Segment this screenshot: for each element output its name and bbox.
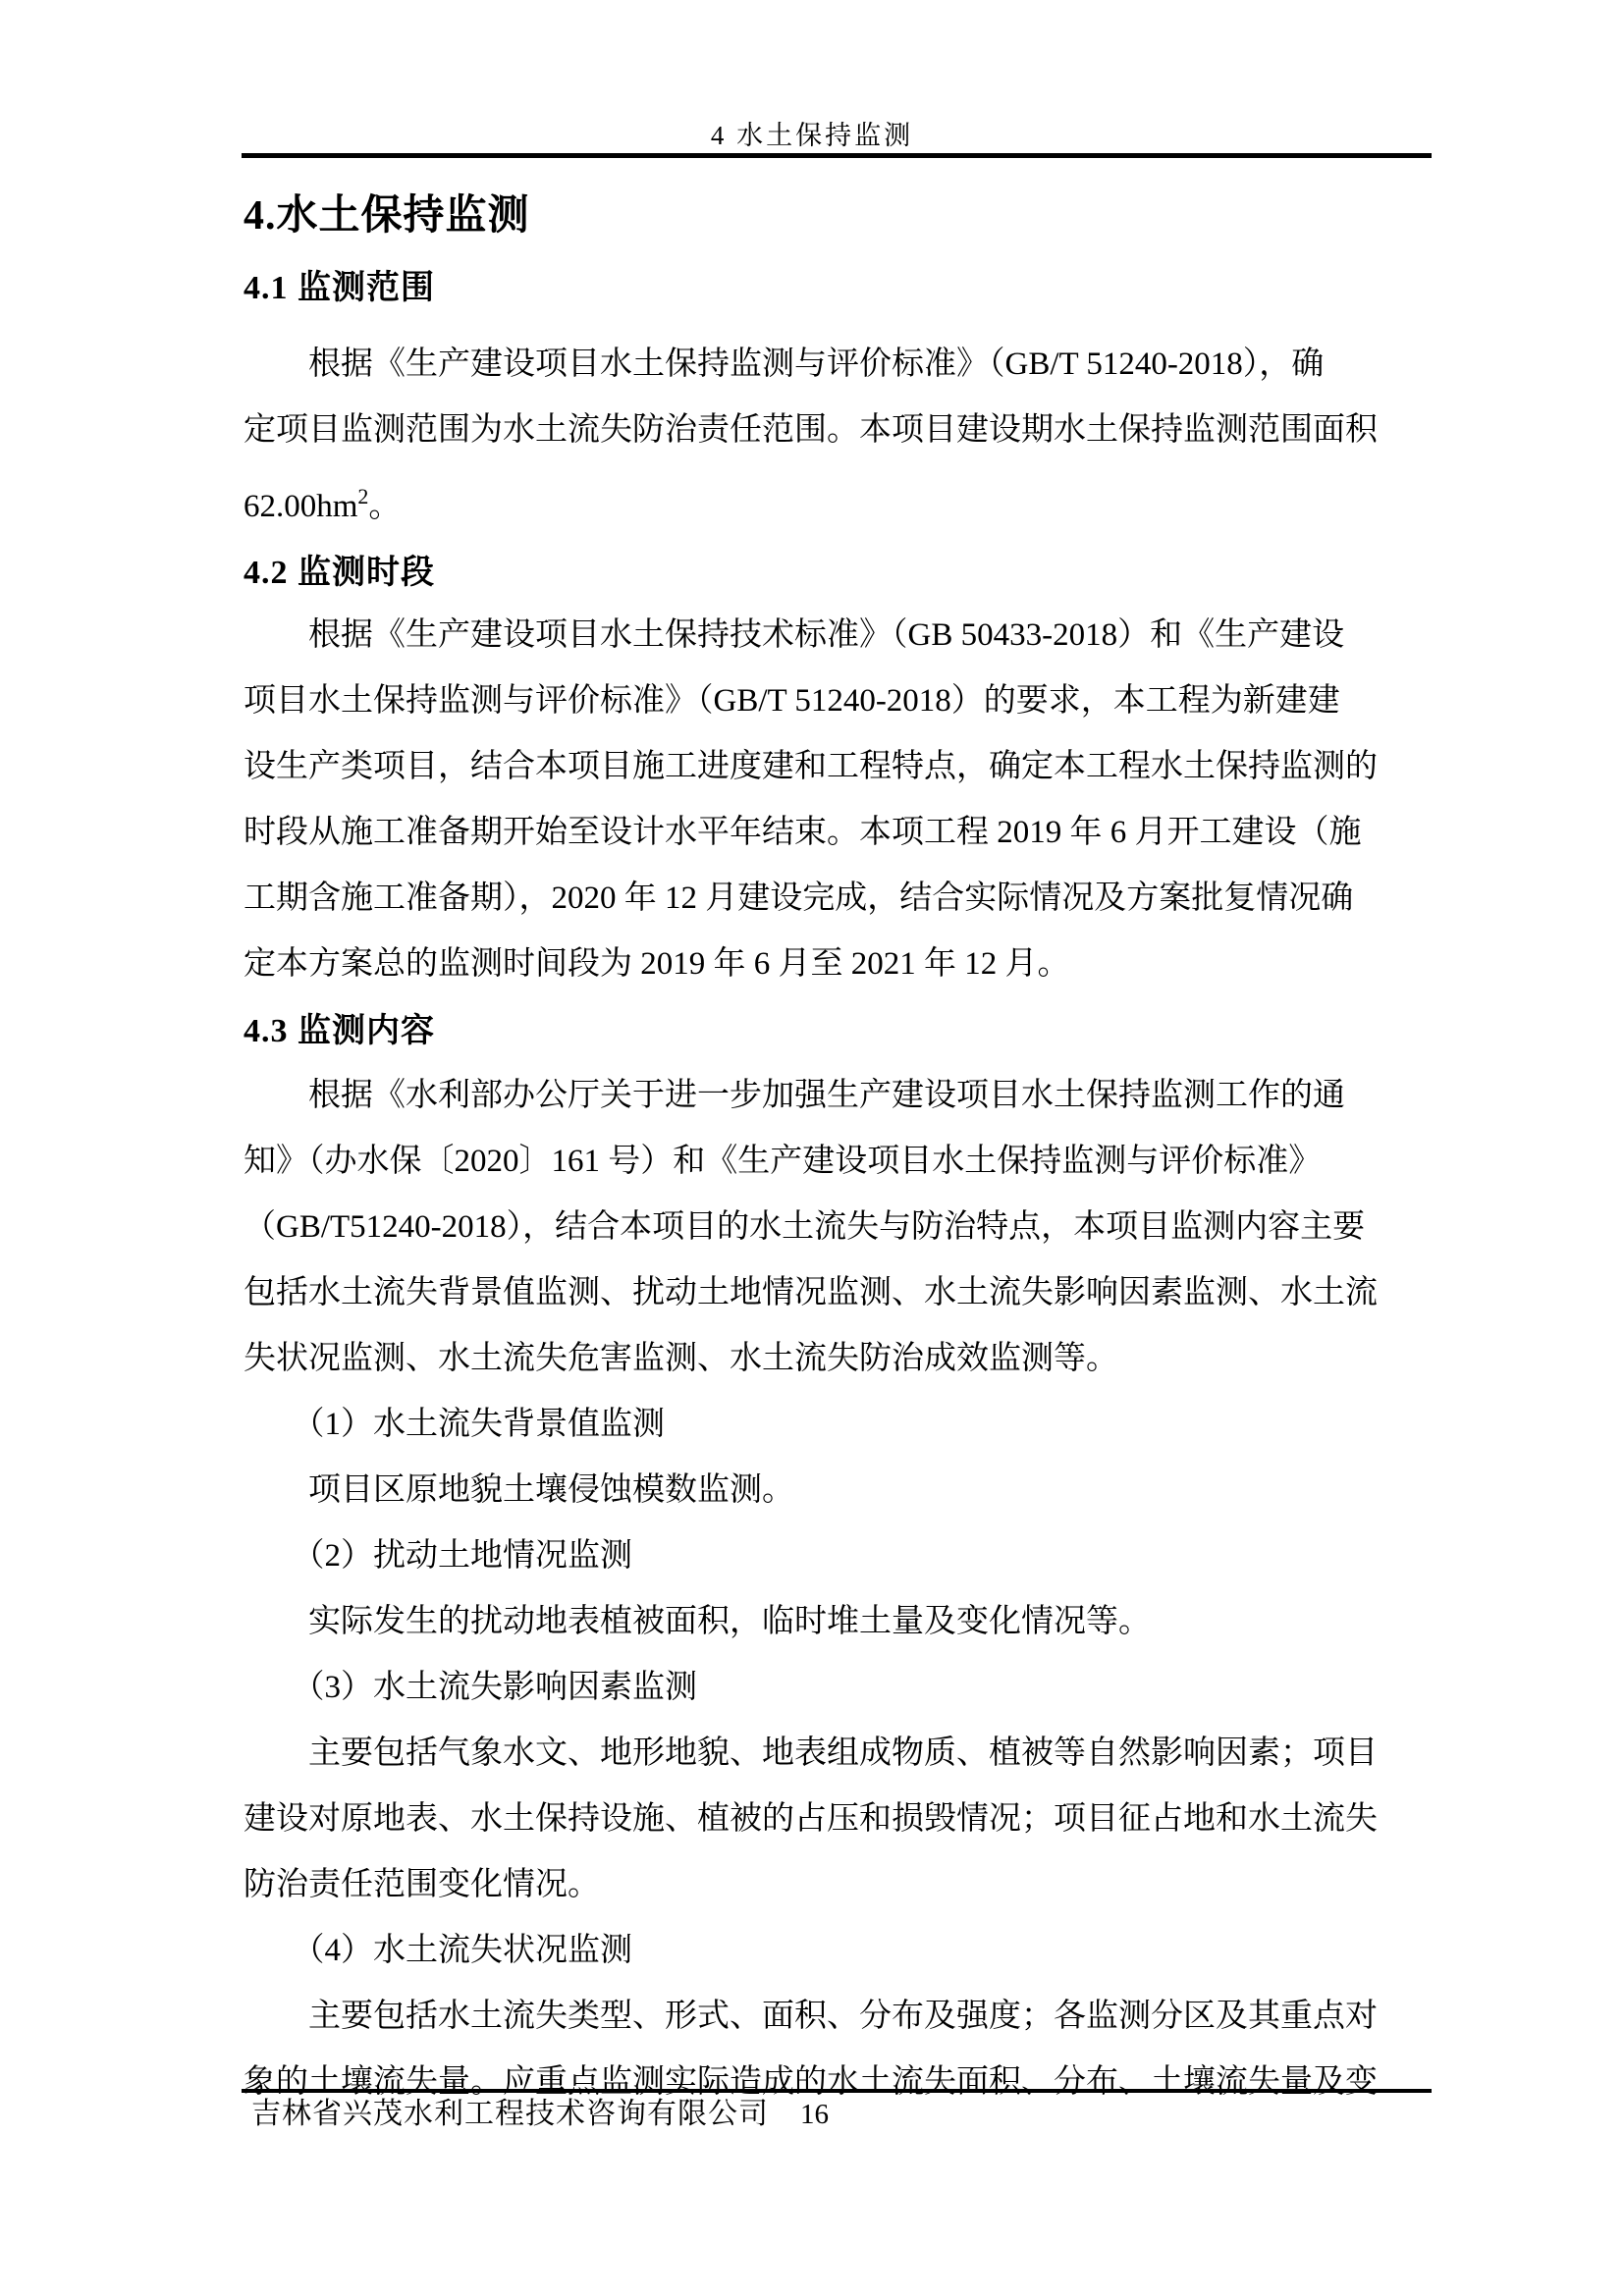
section-4-1-line-1: 根据《生产建设项目水土保持监测与评价标准》（GB/T 51240-2018），确 (244, 332, 1500, 398)
monitoring-item-3-heading: （3）水土流失影响因素监测 (244, 1655, 1500, 1721)
monitoring-item-3-body: 主要包括气象水文、地形地貌、地表组成物质、植被等自然影响因素；项目 建设对原地表… (244, 1721, 1500, 1918)
monitoring-area-value: 62.00hm (244, 489, 357, 524)
chapter-title: 4.水土保持监测 (244, 192, 1500, 240)
section-4-1-line-2: 定项目监测范围为水土流失防治责任范围。本项目建设期水土保持监测范围面积 (244, 398, 1500, 463)
monitoring-item-4-heading: （4）水土流失状况监测 (244, 1918, 1500, 1984)
monitoring-item-1-heading: （1）水土流失背景值监测 (244, 1392, 1500, 1458)
section-4-3-intro-paragraph: 根据《水利部办公厅关于进一步加强生产建设项目水土保持监测工作的通 知》（办水保〔… (244, 1063, 1500, 1392)
section-4-1-heading: 4.1 监测范围 (244, 269, 1500, 308)
footer-page-number: 16 (800, 2097, 829, 2132)
monitoring-item-2-body: 实际发生的扰动地表植被面积，临时堆土量及变化情况等。 (244, 1589, 1500, 1655)
monitoring-item-4-body: 主要包括水土流失类型、形式、面积、分布及强度；各监测分区及其重点对 象的土壤流失… (244, 1984, 1500, 2115)
section-4-3-heading: 4.3 监测内容 (244, 1012, 1500, 1051)
monitoring-item-2-heading: （2）扰动土地情况监测 (244, 1523, 1500, 1589)
footer-rule (242, 2089, 1432, 2093)
section-4-1-area-line: 62.00hm2。 (244, 463, 1500, 540)
footer-company-name: 吉林省兴茂水利工程技术咨询有限公司 (251, 2097, 769, 2132)
monitoring-item-1-body: 项目区原地貌土壤侵蚀模数监测。 (244, 1458, 1500, 1523)
document-page: 4 水土保持监测 4.水土保持监测 4.1 监测范围 根据《生产建设项目水土保持… (0, 0, 1624, 2296)
document-body: 4.水土保持监测 4.1 监测范围 根据《生产建设项目水土保持监测与评价标准》（… (244, 0, 1500, 2115)
section-4-2-paragraph: 根据《生产建设项目水土保持技术标准》（GB 50433-2018）和《生产建设 … (244, 603, 1500, 997)
section-4-2-heading: 4.2 监测时段 (244, 554, 1500, 593)
area-unit-exponent: 2 (357, 484, 368, 508)
section-4-1-paragraph: 根据《生产建设项目水土保持监测与评价标准》（GB/T 51240-2018），确… (244, 332, 1500, 540)
area-line-period: 。 (368, 489, 401, 524)
